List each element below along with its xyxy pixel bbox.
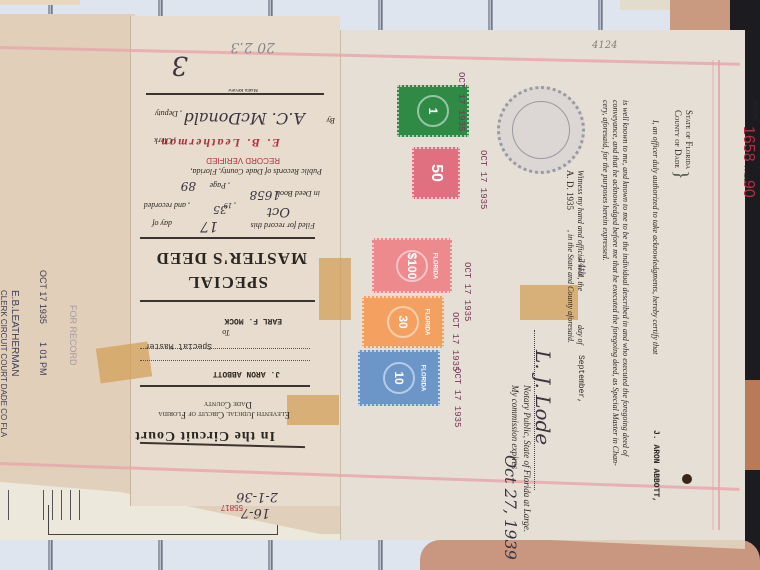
handwritten-id: 4124 (592, 40, 617, 51)
filed-month: Oct (267, 204, 290, 219)
book-label: BOOK (751, 100, 758, 120)
revenue-stamp-red: 50 (412, 147, 460, 199)
handwritten-mark: 3 (171, 50, 188, 80)
stamp-cancel: OCT 17 1935 (452, 368, 462, 427)
handwritten-note: 16-7 (241, 505, 270, 520)
signature-line (534, 330, 535, 490)
filing-stamp-time: 1 01 PM (38, 342, 48, 376)
commission-date: Oct 27, 1939 (501, 455, 520, 560)
deed-book-label: in Deed Book (276, 189, 320, 198)
ack-line1: I, an officer duly authorized to take ac… (651, 120, 660, 354)
witness-month: September, (576, 355, 585, 403)
ink-spot (682, 474, 692, 484)
stamp-cancel: OCT 17 1935 (462, 262, 472, 321)
grantee-name: EARL F. MOCK (224, 316, 282, 325)
clerk-name: E. B. Leatherman (159, 135, 280, 150)
florida-stamp-red: $100 FLORIDA (372, 238, 452, 293)
deed-book-number: 1658 (249, 188, 280, 202)
book-number: 1658 (739, 126, 757, 162)
printer-label: Miami Review (228, 87, 258, 92)
filing-stamp-label: FOR RECORD (68, 305, 78, 366)
stamp-cancel: OCT 17 1935 (456, 72, 466, 131)
divider (140, 300, 315, 302)
day-of-label: day of (576, 325, 585, 345)
divider (146, 93, 324, 95)
filing-stamp-clerk-line2: CLERK CIRCUIT COURT DADE CO FLA (0, 290, 8, 437)
ack-line2: is well known to me, and known to me to … (621, 100, 630, 456)
stamp-cancel: OCT 17 1935 (478, 150, 488, 209)
deed-title-line2: MASTER'S DEED (156, 248, 307, 268)
circuit-label: Eleventh Judicial Circuit of Florida (158, 410, 290, 420)
file-number: 55817 (221, 503, 243, 512)
public-records-label: Public Records of Dade County, Florida, (191, 167, 322, 176)
day-of-label: day of (152, 219, 172, 228)
deed-title-line1: SPECIAL (187, 272, 268, 292)
ack-name: J. ARON ABBOTT, (651, 430, 660, 502)
recorded-label: , and recorded (144, 201, 190, 210)
divider (140, 385, 310, 387)
county-label: County of Dade (673, 110, 683, 168)
grantor-name: J. ARON ABBOTT (213, 369, 280, 378)
florida-stamp-orange: 30 FLORIDA (362, 296, 444, 348)
witness-day: 24th (577, 258, 586, 277)
pink-rule (712, 60, 714, 530)
deputy-signature: A.C. McDonald (184, 109, 306, 128)
tape (319, 258, 351, 320)
court-title: In the Circuit Court (134, 427, 275, 443)
to-label: To (222, 328, 230, 337)
notary-seal (497, 86, 585, 174)
dotted-line (140, 348, 310, 349)
ad-year: A. D. 1935 (565, 170, 575, 210)
county-label: Dade County (204, 400, 252, 410)
pink-rule (718, 60, 720, 530)
brace: } (669, 170, 692, 180)
handwritten-note: 20 2.3 (230, 39, 275, 55)
stamp-cancel: OCT 17 1935 (450, 312, 460, 371)
page-number: 89 (181, 179, 196, 193)
tape (287, 395, 339, 425)
deputy-label: , Deputy (155, 109, 182, 118)
notary-label: Notary Public, State of Florida at Large… (522, 385, 532, 532)
place-text: , in the State and County aforesaid. (566, 230, 575, 343)
filing-stamp-clerk: E.B.LEATHERMAN (9, 290, 20, 377)
page-number: 90 (739, 180, 757, 198)
by-label: By (327, 116, 335, 125)
paper-scrap (0, 0, 80, 5)
ack-line4: cery, aforesaid, for the purposes herein… (601, 100, 610, 261)
document-back-panel (0, 14, 135, 470)
filed-label: Filed for record this (250, 221, 315, 230)
page-label: , Page (210, 181, 230, 190)
state-label: State of Florida (684, 110, 694, 169)
handwritten-date: 2-1-36 (236, 489, 278, 504)
dotted-line (140, 360, 310, 361)
ack-line3: conveyance, and that he acknowledged bef… (611, 100, 620, 466)
filed-year: 35 (213, 203, 227, 216)
clerk-label: , Clerk (154, 136, 176, 145)
florida-stamp-blue: 10 FLORIDA (358, 350, 440, 406)
record-verified-stamp: RECORD VERIFIED (206, 156, 280, 165)
divider (140, 237, 315, 239)
filed-day: 17 (200, 218, 218, 234)
filing-stamp-date: OCT 17 1935 (38, 270, 48, 324)
